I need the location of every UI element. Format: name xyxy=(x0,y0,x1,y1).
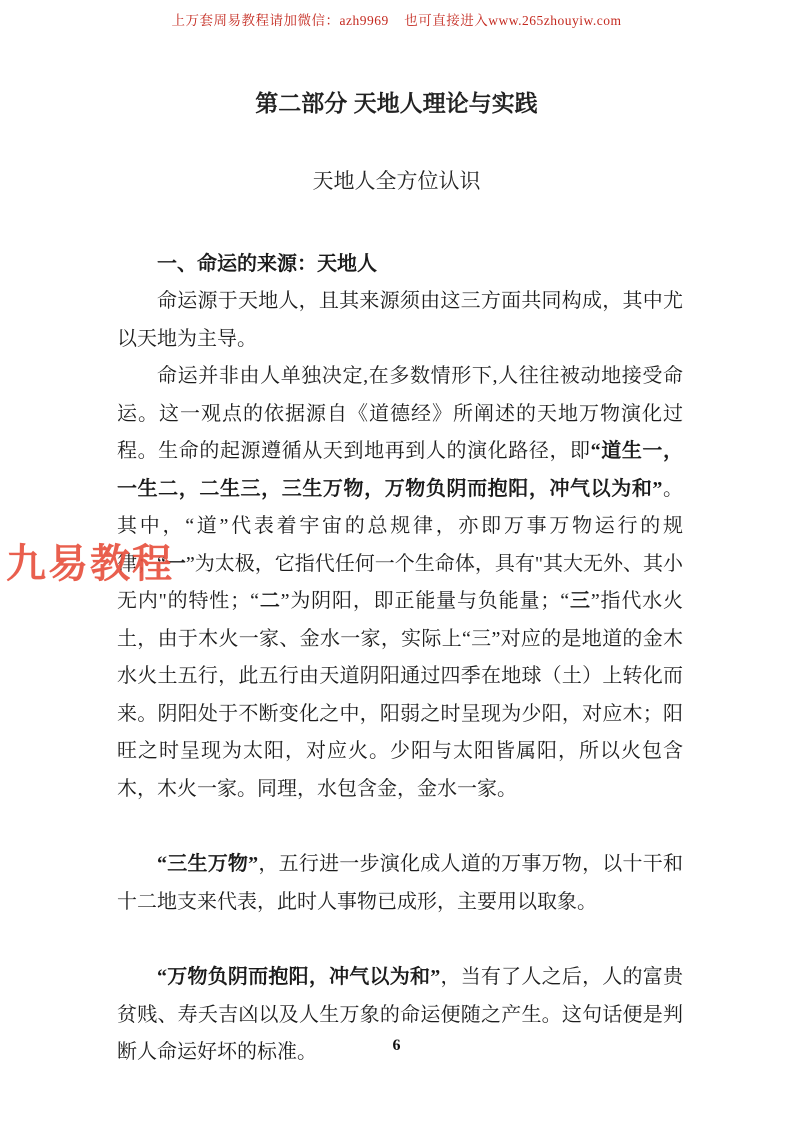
part-title: 第二部分 天地人理论与实践 xyxy=(0,85,793,118)
emphasis-text: 一 xyxy=(166,553,186,575)
chapter-title: 天地人全方位认识 xyxy=(0,165,793,195)
body-text: 命运源于天地人，且其来源须由这三方面共同构成，其中尤以天地为主导。 xyxy=(117,290,683,350)
document-header: 上万套周易教程请加微信：azh9969 也可直接进入www.265zhouyiw… xyxy=(0,0,793,29)
emphasis-text: “万物负阴而抱阳，冲气以为和” xyxy=(157,966,440,988)
document-page: 上万套周易教程请加微信：azh9969 也可直接进入www.265zhouyiw… xyxy=(0,0,793,1121)
body-text: ”为阴阳，即正能量与负能量；“ xyxy=(281,590,570,612)
body-content: 一、命运的来源：天地人 命运源于天地人，且其来源须由这三方面共同构成，其中尤以天… xyxy=(117,247,683,1072)
emphasis-text: 三 xyxy=(569,590,591,612)
emphasis-text: “三生万物” xyxy=(157,853,258,875)
paragraph: “三生万物”，五行进一步演化成人道的万事万物，以十干和十二地支来代表，此时人事物… xyxy=(117,846,683,921)
body-text: ”指代水火土，由于木火一家、金水一家，实际上“三”对应的是地道的金木水火土五行，… xyxy=(117,590,683,800)
paragraph: 命运源于天地人，且其来源须由这三方面共同构成，其中尤以天地为主导。 xyxy=(117,283,683,358)
section-heading: 一、命运的来源：天地人 xyxy=(117,247,683,276)
page-number: 6 xyxy=(0,1037,793,1055)
emphasis-text: 二 xyxy=(259,590,281,612)
paragraph: 命运并非由人单独决定,在多数情形下,人往往被动地接受命运。这一观点的依据源自《道… xyxy=(117,358,683,808)
